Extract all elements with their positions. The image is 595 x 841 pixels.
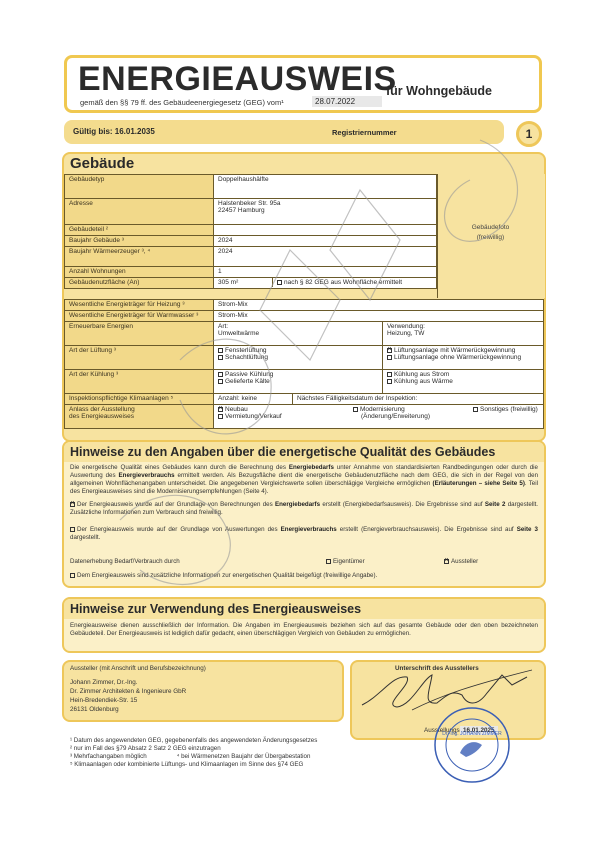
footnote-row: ³ Mehrfachangaben möglich⁴ bei Wärmenetz…	[70, 753, 317, 761]
label-heating-carrier: Wesentliche Energieträger für Heizung ³	[65, 300, 214, 311]
text: erstellt (Energiebedarfsausweis). Die Er…	[320, 501, 485, 508]
value-water-carrier: Strom-Mix	[214, 311, 544, 322]
building-section-title: Gebäude	[70, 155, 134, 172]
checkbox-area-from-living[interactable]	[277, 280, 282, 285]
stamp-text: Dr.-Ing. JOHANN ZIMMER	[442, 731, 502, 737]
option-rent-sale[interactable]: Vermietung/Verkauf	[218, 413, 353, 420]
checkbox[interactable]	[473, 407, 478, 412]
label-address: Adresse	[65, 199, 214, 225]
text: Der Energieausweis wurde auf der Grundla…	[77, 526, 281, 533]
option-label: Passive Kühlung	[225, 371, 273, 378]
text: dargestellt.	[70, 534, 100, 541]
value-units: 1	[214, 267, 437, 278]
footnote: ¹ Datum des angewendeten GEG, gegebenenf…	[70, 737, 317, 745]
value-usable-area: 305 m²nach § 82 GEG aus Wohnfläche ermit…	[214, 278, 437, 289]
value-heating-carrier: Strom-Mix	[214, 300, 544, 311]
usable-area-value: 305 m²	[214, 278, 273, 287]
option-label: Aussteller	[451, 558, 478, 565]
option-label: Sonstiges (freiwillig)	[480, 406, 538, 413]
cooling-options-left: Passive KühlungGelieferte Kälte	[214, 370, 383, 394]
issuer-address: Johann Zimmer, Dr.-Ing. Dr. Zimmer Archi…	[70, 678, 186, 714]
usage-notes-text: Energieausweise dienen ausschließlich de…	[70, 622, 538, 638]
label-year-heater: Baujahr Wärmeerzeuger ³, ⁴	[65, 247, 214, 267]
option-passive-cooling[interactable]: Passive Kühlung	[218, 371, 378, 378]
option-label: Dem Energieausweis sind zusätzliche Info…	[77, 572, 377, 579]
option-demand-certificate[interactable]: Der Energieausweis wurde auf der Grundla…	[70, 501, 538, 517]
text-bold: (Erläuterungen – siehe Seite 5)	[433, 480, 525, 487]
checkbox[interactable]	[218, 379, 223, 384]
label-renewables: Erneuerbare Energien	[65, 322, 214, 346]
option-label: Schachtlüftung	[225, 354, 268, 361]
option-label: Lüftungsanlage ohne Wärmerückgewinnung	[394, 354, 521, 361]
photo-note: (freiwillig)	[437, 233, 544, 243]
checkbox[interactable]	[218, 348, 223, 353]
ac-next-inspection: Nächstes Fälligkeitsdatum der Inspektion…	[293, 394, 544, 405]
option-cooling-heat[interactable]: Kühlung aus Wärme	[387, 378, 539, 385]
renewables-use: Verwendung:Heizung, TW	[382, 322, 543, 346]
issue-reason-options: Neubau Vermietung/Verkauf Modernisierung…	[214, 405, 544, 429]
value-address: Halstenbeker Str. 95a22457 Hamburg	[214, 199, 437, 225]
option-label: Kühlung aus Wärme	[394, 378, 453, 385]
document-title: ENERGIEAUSWEIS	[78, 60, 397, 99]
area-option-label: nach § 82 GEG aus Wohnfläche ermittelt	[284, 279, 402, 286]
option-label: Gelieferte Kälte	[225, 378, 270, 385]
quality-notes-paragraph: Die energetische Qualität eines Gebäudes…	[70, 464, 538, 496]
option-ventilation-with-recovery[interactable]: Lüftungsanlage mit Wärmerückgewinnung	[387, 347, 539, 354]
issuer-city: 26131 Oldenburg	[70, 705, 186, 714]
footnote: ⁴ bei Wärmenetzen Baujahr der Übergabest…	[177, 753, 311, 760]
checkbox[interactable]	[70, 527, 75, 532]
text-bold: Seite 2	[485, 501, 506, 508]
checkbox[interactable]	[387, 355, 392, 360]
text-bold: Energiebedarfs	[275, 501, 320, 508]
ventilation-options-right: Lüftungsanlage mit WärmerückgewinnungLüf…	[382, 346, 543, 370]
checkbox[interactable]	[353, 407, 358, 412]
renewables-use-value: Heizung, TW	[387, 330, 539, 337]
option-label: Fensterlüftung	[225, 347, 267, 354]
footnote: ⁵ Klimaanlagen oder kombinierte Lüftungs…	[70, 761, 317, 769]
issue-reason-line2: des Energieausweises	[69, 413, 209, 420]
option-delivered-cold[interactable]: Gelieferte Kälte	[218, 378, 378, 385]
checkbox[interactable]	[387, 372, 392, 377]
option-cooling-electric[interactable]: Kühlung aus Strom	[387, 371, 539, 378]
area-option[interactable]: nach § 82 GEG aus Wohnfläche ermittelt	[273, 279, 402, 286]
building-table-top: GebäudetypDoppelhaushälfte AdresseHalste…	[64, 174, 437, 289]
issuer-name: Johann Zimmer, Dr.-Ing.	[70, 678, 186, 687]
footnotes: ¹ Datum des angewendeten GEG, gegebenenf…	[70, 737, 317, 769]
option-label: Modernisierung	[360, 406, 405, 413]
label-units: Anzahl Wohnungen	[65, 267, 214, 278]
checkbox-checked[interactable]	[70, 502, 75, 507]
law-reference: gemäß den §§ 79 ff. des Gebäudeenergiege…	[80, 98, 284, 107]
option-shaft-ventilation[interactable]: Schachtlüftung	[218, 354, 378, 361]
photo-title: Gebäudefoto	[437, 223, 544, 233]
option-additional-info[interactable]: Dem Energieausweis sind zusätzliche Info…	[70, 572, 377, 580]
issuer-company: Dr. Zimmer Architekten & Ingenieure GbR	[70, 687, 186, 696]
label-building-type: Gebäudetyp	[65, 175, 214, 199]
option-ventilation-without-recovery[interactable]: Lüftungsanlage ohne Wärmerückgewinnung	[387, 354, 539, 361]
text-bold: Energieverbrauchs	[119, 472, 175, 479]
label-issue-reason: Anlass der Ausstellungdes Energieausweis…	[65, 405, 214, 429]
value-year-heater: 2024	[214, 247, 437, 267]
issue-reason-line1: Anlass der Ausstellung	[69, 406, 209, 413]
option-label: Lüftungsanlage mit Wärmerückgewinnung	[394, 347, 515, 354]
checkbox[interactable]	[326, 559, 331, 564]
modernization-note: (Änderung/Erweiterung)	[353, 413, 473, 420]
label-year-built: Baujahr Gebäude ³	[65, 236, 214, 247]
law-date: 28.07.2022	[312, 96, 382, 107]
option-new-building[interactable]: Neubau	[218, 406, 353, 413]
usage-notes-title: Hinweise zur Verwendung des Energieauswe…	[70, 602, 361, 616]
registration-number-label: Registriernummer	[332, 128, 397, 137]
checkbox-checked[interactable]	[387, 348, 392, 353]
footnote: ³ Mehrfachangaben möglich	[70, 753, 147, 760]
option-modernization[interactable]: Modernisierung	[353, 406, 473, 413]
text-bold: Energieverbrauchs	[281, 526, 337, 533]
option-label: Kühlung aus Strom	[394, 371, 449, 378]
option-label: Vermietung/Verkauf	[225, 413, 282, 420]
quality-notes-title: Hinweise zu den Angaben über die energet…	[70, 445, 495, 459]
label-cooling: Art der Kühlung ³	[65, 370, 214, 394]
option-issuer[interactable]: Aussteller	[444, 558, 478, 566]
option-owner[interactable]: Eigentümer	[326, 558, 365, 566]
building-table-bottom: Wesentliche Energieträger für Heizung ³S…	[64, 299, 544, 429]
ac-count: Anzahl: keine	[214, 394, 293, 405]
issuer-street: Hein-Bredendiek-Str. 15	[70, 696, 186, 705]
photo-label: Gebäudefoto(freiwillig)	[437, 223, 544, 243]
address-street: Halstenbeker Str. 95a	[218, 200, 432, 207]
text: Die energetische Qualität eines Gebäudes…	[70, 464, 289, 471]
ventilation-options-left: FensterlüftungSchachtlüftung	[214, 346, 383, 370]
text-bold: Seite 3	[517, 526, 538, 533]
text: erstellt (Energieverbrauchsausweis). Die…	[337, 526, 517, 533]
option-window-ventilation[interactable]: Fensterlüftung	[218, 347, 378, 354]
renewables-type: Art:Umweltwärme	[214, 322, 383, 346]
document-subtitle: für Wohngebäude	[386, 84, 492, 98]
checkbox[interactable]	[218, 355, 223, 360]
checkbox[interactable]	[70, 573, 75, 578]
label-usable-area: Gebäudenutzfläche (An)	[65, 278, 214, 289]
checkbox[interactable]	[387, 379, 392, 384]
label-water-carrier: Wesentliche Energieträger für Warmwasser…	[65, 311, 214, 322]
checkbox-checked[interactable]	[444, 559, 449, 564]
value-building-type: Doppelhaushälfte	[214, 175, 437, 199]
renewables-use-label: Verwendung:	[387, 323, 539, 330]
option-consumption-certificate[interactable]: Der Energieausweis wurde auf der Grundla…	[70, 526, 538, 542]
valid-until: Gültig bis: 16.01.2035	[73, 127, 155, 136]
checkbox[interactable]	[218, 414, 223, 419]
label-building-part: Gebäudeteil ²	[65, 225, 214, 236]
data-collection-label: Datenerhebung Bedarf/Verbrauch durch	[70, 558, 180, 566]
text-bold: Energiebedarfs	[289, 464, 334, 471]
page-number-badge: 1	[516, 121, 542, 147]
issuer-label: Aussteller (mit Anschrift und Berufsbeze…	[70, 664, 206, 673]
option-label: Eigentümer	[333, 558, 365, 565]
cooling-options-right: Kühlung aus StromKühlung aus Wärme	[382, 370, 543, 394]
footnote: ² nur im Fall des §79 Absatz 2 Satz 2 GE…	[70, 745, 317, 753]
label-ac-inspection: Inspektionspflichtige Klimaanlagen ⁵	[65, 394, 214, 405]
checkbox-checked[interactable]	[218, 407, 223, 412]
option-label: Neubau	[225, 406, 248, 413]
address-city: 22457 Hamburg	[218, 207, 432, 214]
option-other[interactable]: Sonstiges (freiwillig)	[473, 406, 538, 420]
renewables-type-value: Umweltwärme	[218, 330, 378, 337]
value-year-built: 2024	[214, 236, 437, 247]
stamp-icon: Dr.-Ing. JOHANN ZIMMER	[432, 705, 512, 785]
value-building-part	[214, 225, 437, 236]
text: Der Energieausweis wurde auf der Grundla…	[77, 501, 275, 508]
checkbox[interactable]	[218, 372, 223, 377]
label-ventilation: Art der Lüftung ³	[65, 346, 214, 370]
renewables-type-label: Art:	[218, 323, 378, 330]
